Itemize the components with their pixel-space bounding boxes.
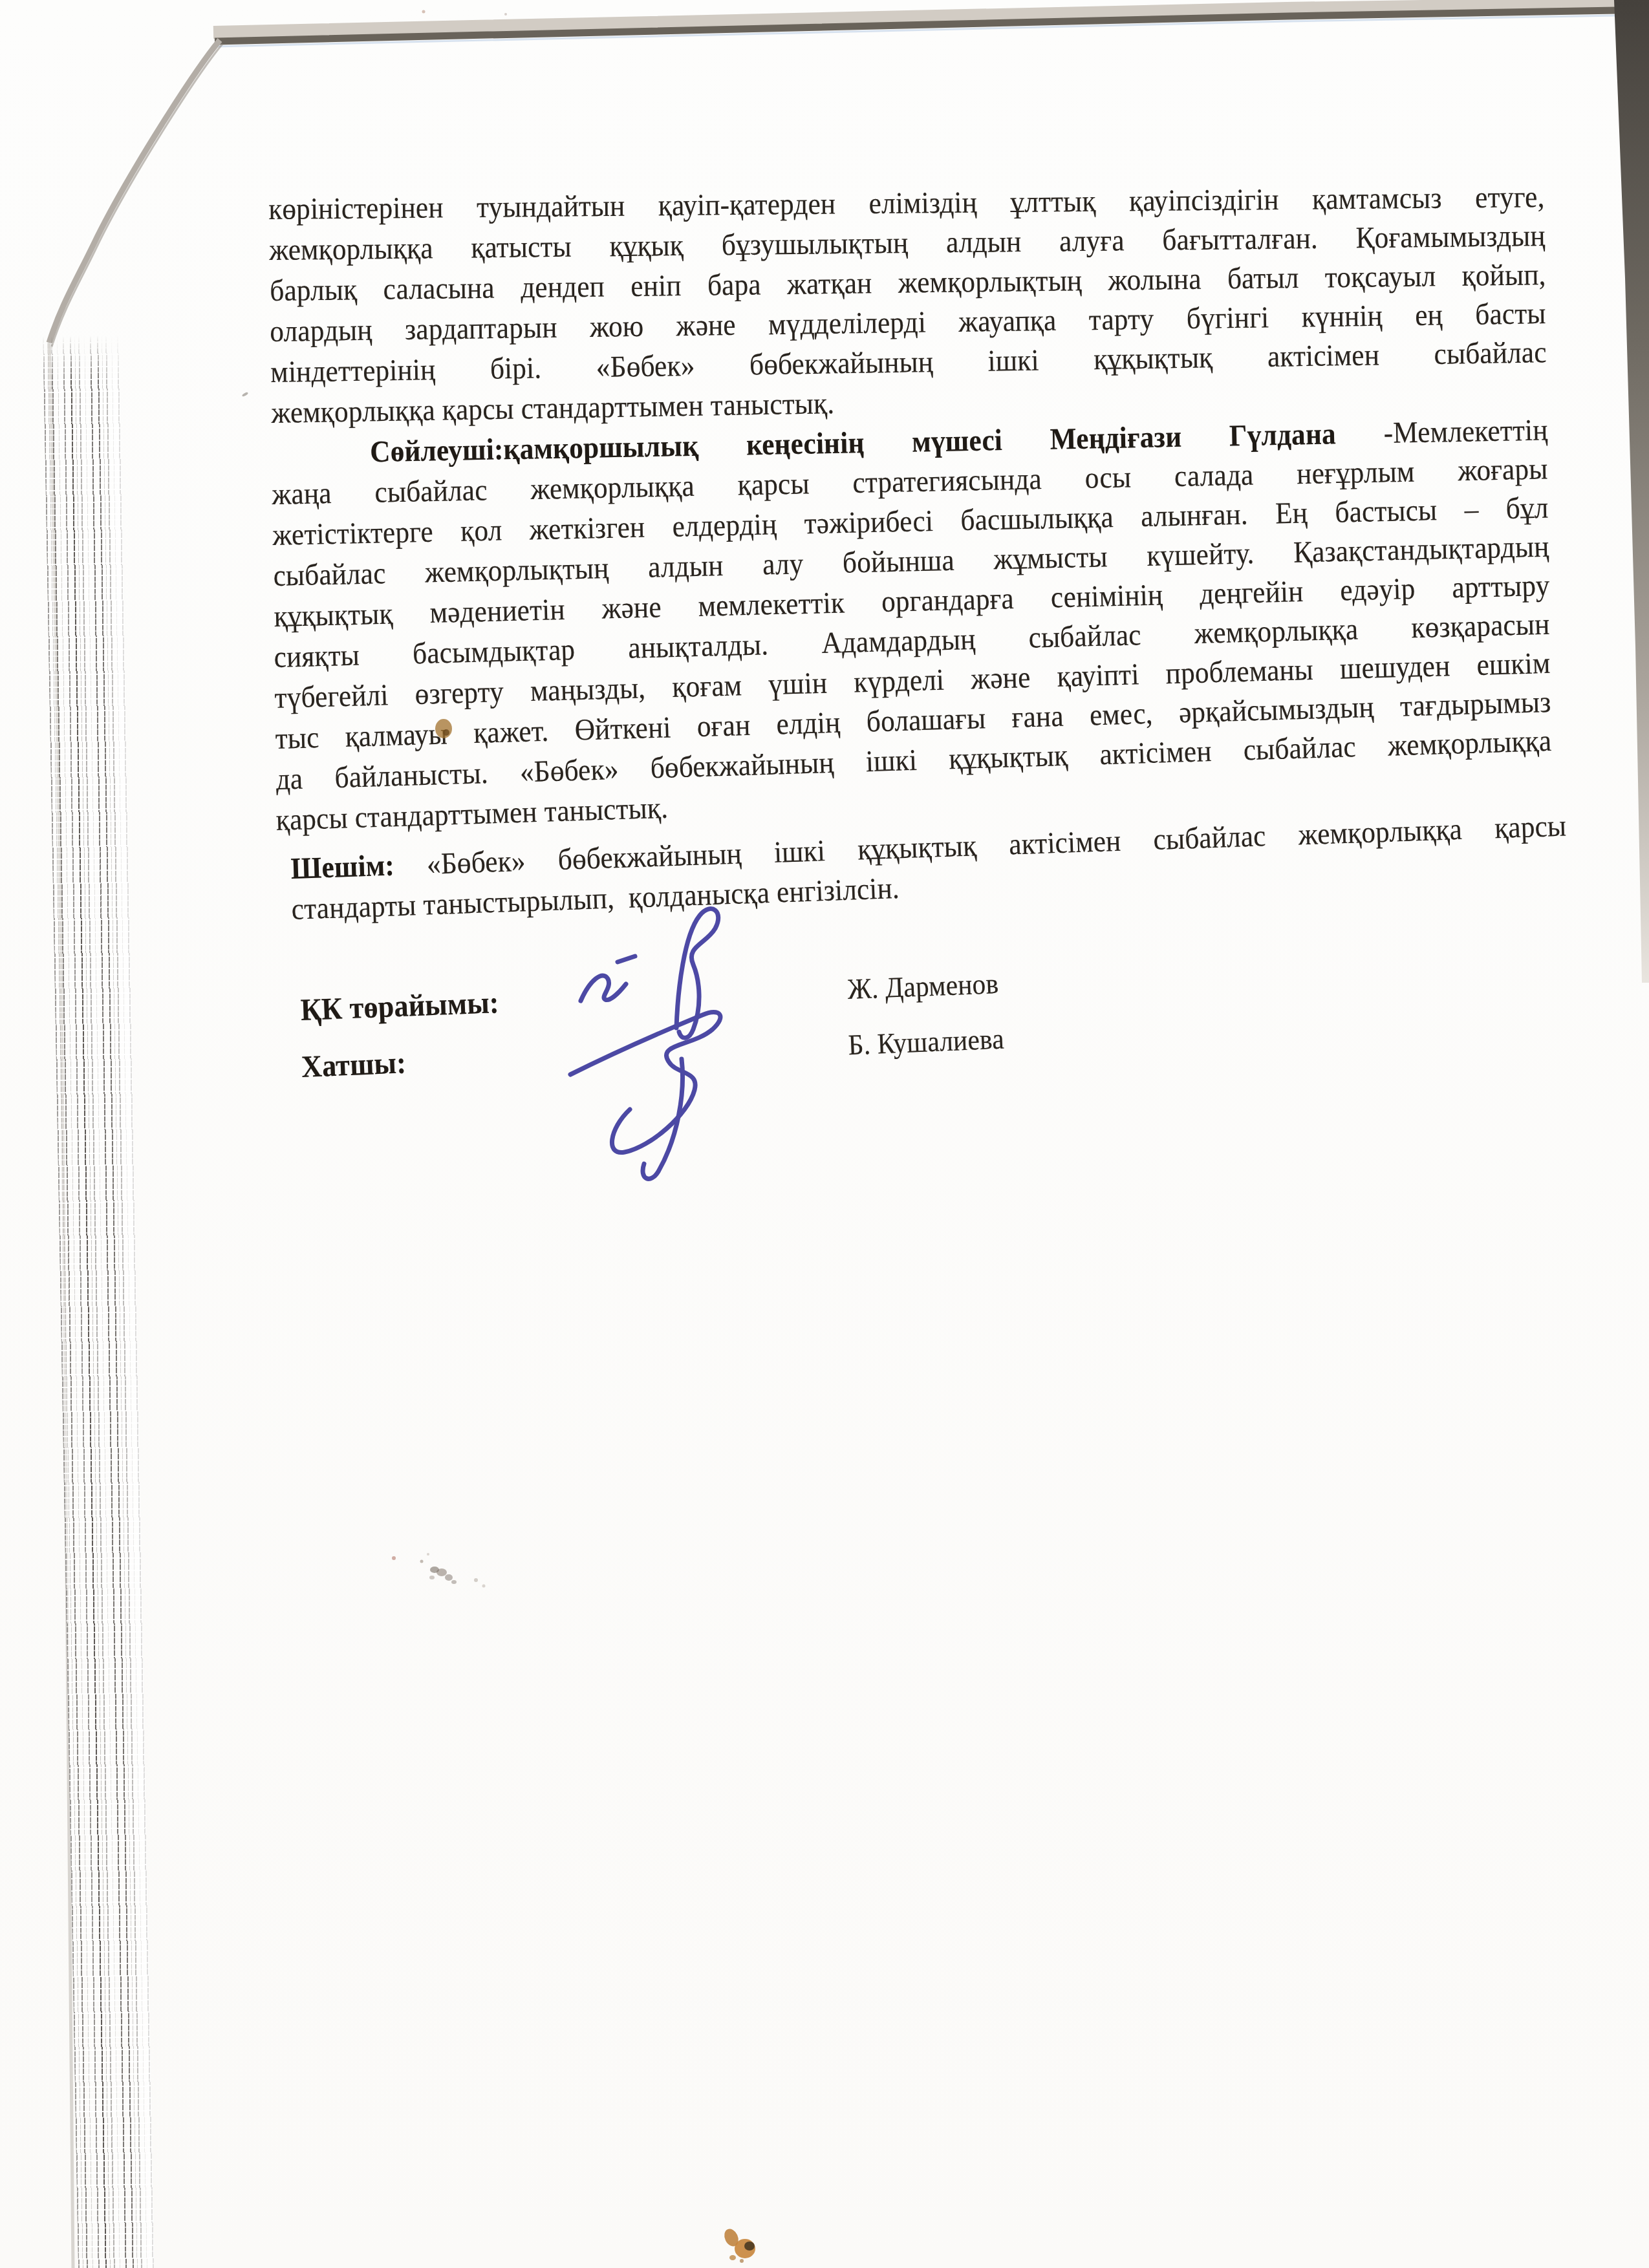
ink-stain-small-core: [443, 729, 449, 736]
stains-and-smudges: [0, 0, 1649, 2268]
pencil-smudge: [392, 1553, 486, 1588]
scan-tick: [242, 392, 249, 397]
ink-stain-small: [435, 719, 452, 738]
orange-stain: [722, 2227, 755, 2263]
scanned-page: көріністерінен туындайтын қауіп-қатерден…: [0, 0, 1649, 2268]
